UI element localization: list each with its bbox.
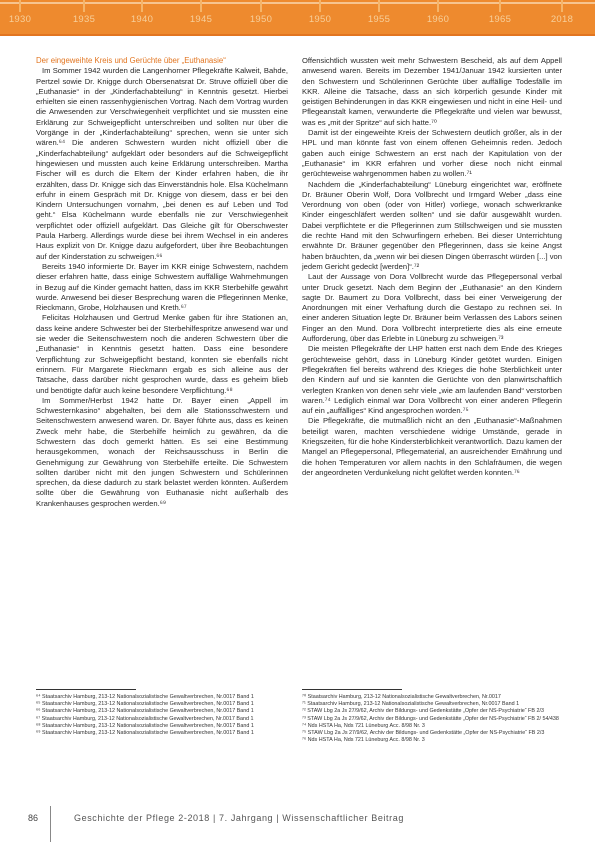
timeline-banner: 1930 1935 1940 1945 1950 1950 1955 1960 … [0, 0, 595, 36]
timeline-tick: 1965 [480, 0, 520, 25]
journal-info: Geschichte der Pflege 2-2018 | 7. Jahrga… [74, 813, 404, 823]
footnote: ⁷⁶ Nds HSTA Ha, Nds 721 Lüneburg Acc. 8/… [302, 737, 564, 744]
timeline-tick: 1930 [0, 0, 40, 25]
timeline-tick: 1950 [300, 0, 340, 25]
timeline-tick: 1945 [181, 0, 221, 25]
section-heading: Der eingeweihte Kreis und Gerüchte über … [36, 56, 288, 66]
footnote: ⁶⁸ Staatsarchiv Hamburg, 213-12 National… [36, 723, 288, 730]
paragraph: Damit ist der eingeweihte Kreis der Schw… [302, 128, 562, 179]
footnote: ⁷¹ Staatsarchiv Hamburg, 213-12 National… [302, 701, 564, 708]
timeline-year: 1940 [122, 14, 162, 25]
paragraph: Offensichtlich wussten weit mehr Schwest… [302, 56, 562, 128]
footnote: ⁶⁴ Staatsarchiv Hamburg, 213-12 National… [36, 694, 288, 701]
footnote: ⁶⁷ Staatsarchiv Hamburg, 213-12 National… [36, 716, 288, 723]
timeline-tick: 1940 [122, 0, 162, 25]
paragraph: Die Pflegekräfte, die mutmaßlich nicht a… [302, 416, 562, 478]
paragraph: Felicitas Holzhausen und Gertrud Menke g… [36, 313, 288, 395]
page-number: 86 [28, 813, 38, 823]
left-column: Der eingeweihte Kreis und Gerüchte über … [36, 56, 288, 509]
footnote: ⁶⁵ Staatsarchiv Hamburg, 213-12 National… [36, 701, 288, 708]
right-footnotes: ⁷⁰ Staatsarchiv Hamburg, 213-12 National… [302, 694, 564, 744]
timeline-year: 1965 [480, 14, 520, 25]
timeline-year: 2018 [542, 14, 582, 25]
timeline-tick: 1935 [64, 0, 104, 25]
page-footer: 86 Geschichte der Pflege 2-2018 | 7. Jah… [0, 806, 595, 842]
timeline-tick: 1955 [359, 0, 399, 25]
footer-divider [50, 806, 51, 842]
footnote: ⁷⁴ Nds HSTA Ha, Nds 721 Lüneburg Acc. 8/… [302, 723, 564, 730]
paragraph: Im Sommer/Herbst 1942 hatte Dr. Bayer ei… [36, 396, 288, 509]
paragraph: Bereits 1940 informierte Dr. Bayer im KK… [36, 262, 288, 313]
paragraph: Im Sommer 1942 wurden die Langenhorner P… [36, 66, 288, 262]
footnote-divider [36, 689, 136, 690]
right-column: Offensichtlich wussten weit mehr Schwest… [302, 56, 562, 478]
timeline-tick: 1960 [418, 0, 458, 25]
timeline-year: 1950 [241, 14, 281, 25]
footnote-divider [302, 689, 402, 690]
timeline-year: 1950 [300, 14, 340, 25]
footnote: ⁶⁹ Staatsarchiv Hamburg, 213-12 National… [36, 730, 288, 737]
paragraph: Laut der Aussage von Dora Vollbrecht wur… [302, 272, 562, 344]
footnote: ⁷⁰ Staatsarchiv Hamburg, 213-12 National… [302, 694, 564, 701]
footnote: ⁷² STAW Lbg 2a Js 27/9/62, Archiv der Bi… [302, 708, 564, 715]
footnote: ⁶⁶ Staatsarchiv Hamburg, 213-12 National… [36, 708, 288, 715]
timeline-year: 1955 [359, 14, 399, 25]
footnote: ⁷⁵ STAW Lbg 2a Js 27/9/62, Archiv der Bi… [302, 730, 564, 737]
left-footnotes: ⁶⁴ Staatsarchiv Hamburg, 213-12 National… [36, 694, 288, 737]
timeline-year: 1945 [181, 14, 221, 25]
footnote: ⁷³ STAW Lbg 2a Js 27/9/62, Archiv der Bi… [302, 716, 564, 723]
timeline-year: 1935 [64, 14, 104, 25]
paragraph: Die meisten Pflegekräfte der LHP hatten … [302, 344, 562, 416]
timeline-year: 1930 [0, 14, 40, 25]
timeline-tick: 1950 [241, 0, 281, 25]
paragraph: Nachdem die „Kinderfachabteilung“ Lünebu… [302, 180, 562, 273]
timeline-tick: 2018 [542, 0, 582, 25]
timeline-year: 1960 [418, 14, 458, 25]
